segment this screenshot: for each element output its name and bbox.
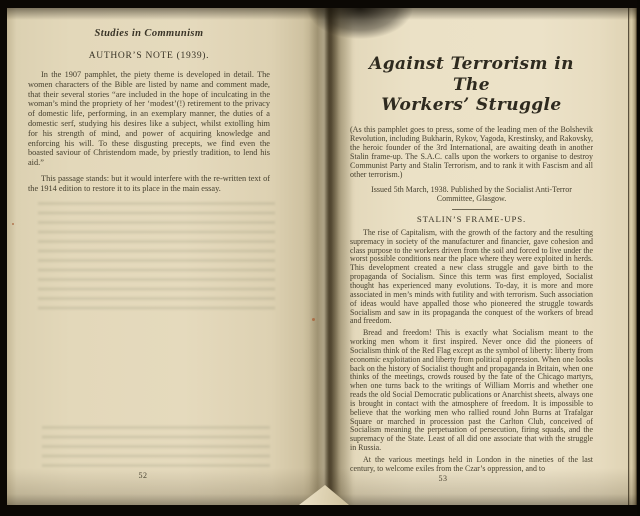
divider-rule bbox=[452, 209, 492, 210]
paper-speck bbox=[312, 318, 315, 321]
pamphlet-title-line2: Workers’ Struggle bbox=[350, 95, 593, 116]
authors-note-heading: AUTHOR’S NOTE (1939). bbox=[28, 51, 270, 61]
running-header: Studies in Communism bbox=[28, 28, 270, 39]
left-page-number: 52 bbox=[131, 471, 155, 480]
body-paragraph: Bread and freedom! This is exactly what … bbox=[350, 329, 593, 453]
imprint-line: Issued 5th March, 1938. Published by the… bbox=[358, 185, 585, 203]
left-page-text-column: Studies in Communism AUTHOR’S NOTE (1939… bbox=[28, 28, 270, 194]
section-heading-stalins-frame-ups: STALIN’S FRAME-UPS. bbox=[350, 214, 593, 224]
pamphlet-intro-paragraph: (As this pamphlet goes to press, some of… bbox=[350, 125, 593, 179]
paper-speck bbox=[12, 223, 14, 225]
body-paragraph: At the various meetings held in London i… bbox=[350, 456, 593, 474]
stacked-page-edges bbox=[628, 8, 637, 505]
left-page: Studies in Communism AUTHOR’S NOTE (1939… bbox=[7, 8, 329, 505]
authors-note-paragraph: In the 1907 pamphlet, the piety theme is… bbox=[28, 70, 270, 168]
show-through-text bbox=[42, 426, 270, 470]
pamphlet-title: Against Terrorism in The Workers’ Strugg… bbox=[350, 54, 593, 116]
right-page: Against Terrorism in The Workers’ Strugg… bbox=[329, 8, 628, 505]
right-page-text-column: Against Terrorism in The Workers’ Strugg… bbox=[350, 54, 593, 474]
body-paragraph: The rise of Capitalism, with the growth … bbox=[350, 229, 593, 326]
authors-note-paragraph: This passage stands: but it would interf… bbox=[28, 174, 270, 194]
pamphlet-title-line1: Against Terrorism in The bbox=[350, 54, 593, 95]
show-through-text bbox=[38, 202, 275, 312]
book-scan: Studies in Communism AUTHOR’S NOTE (1939… bbox=[0, 0, 640, 516]
right-page-number: 53 bbox=[431, 474, 455, 483]
